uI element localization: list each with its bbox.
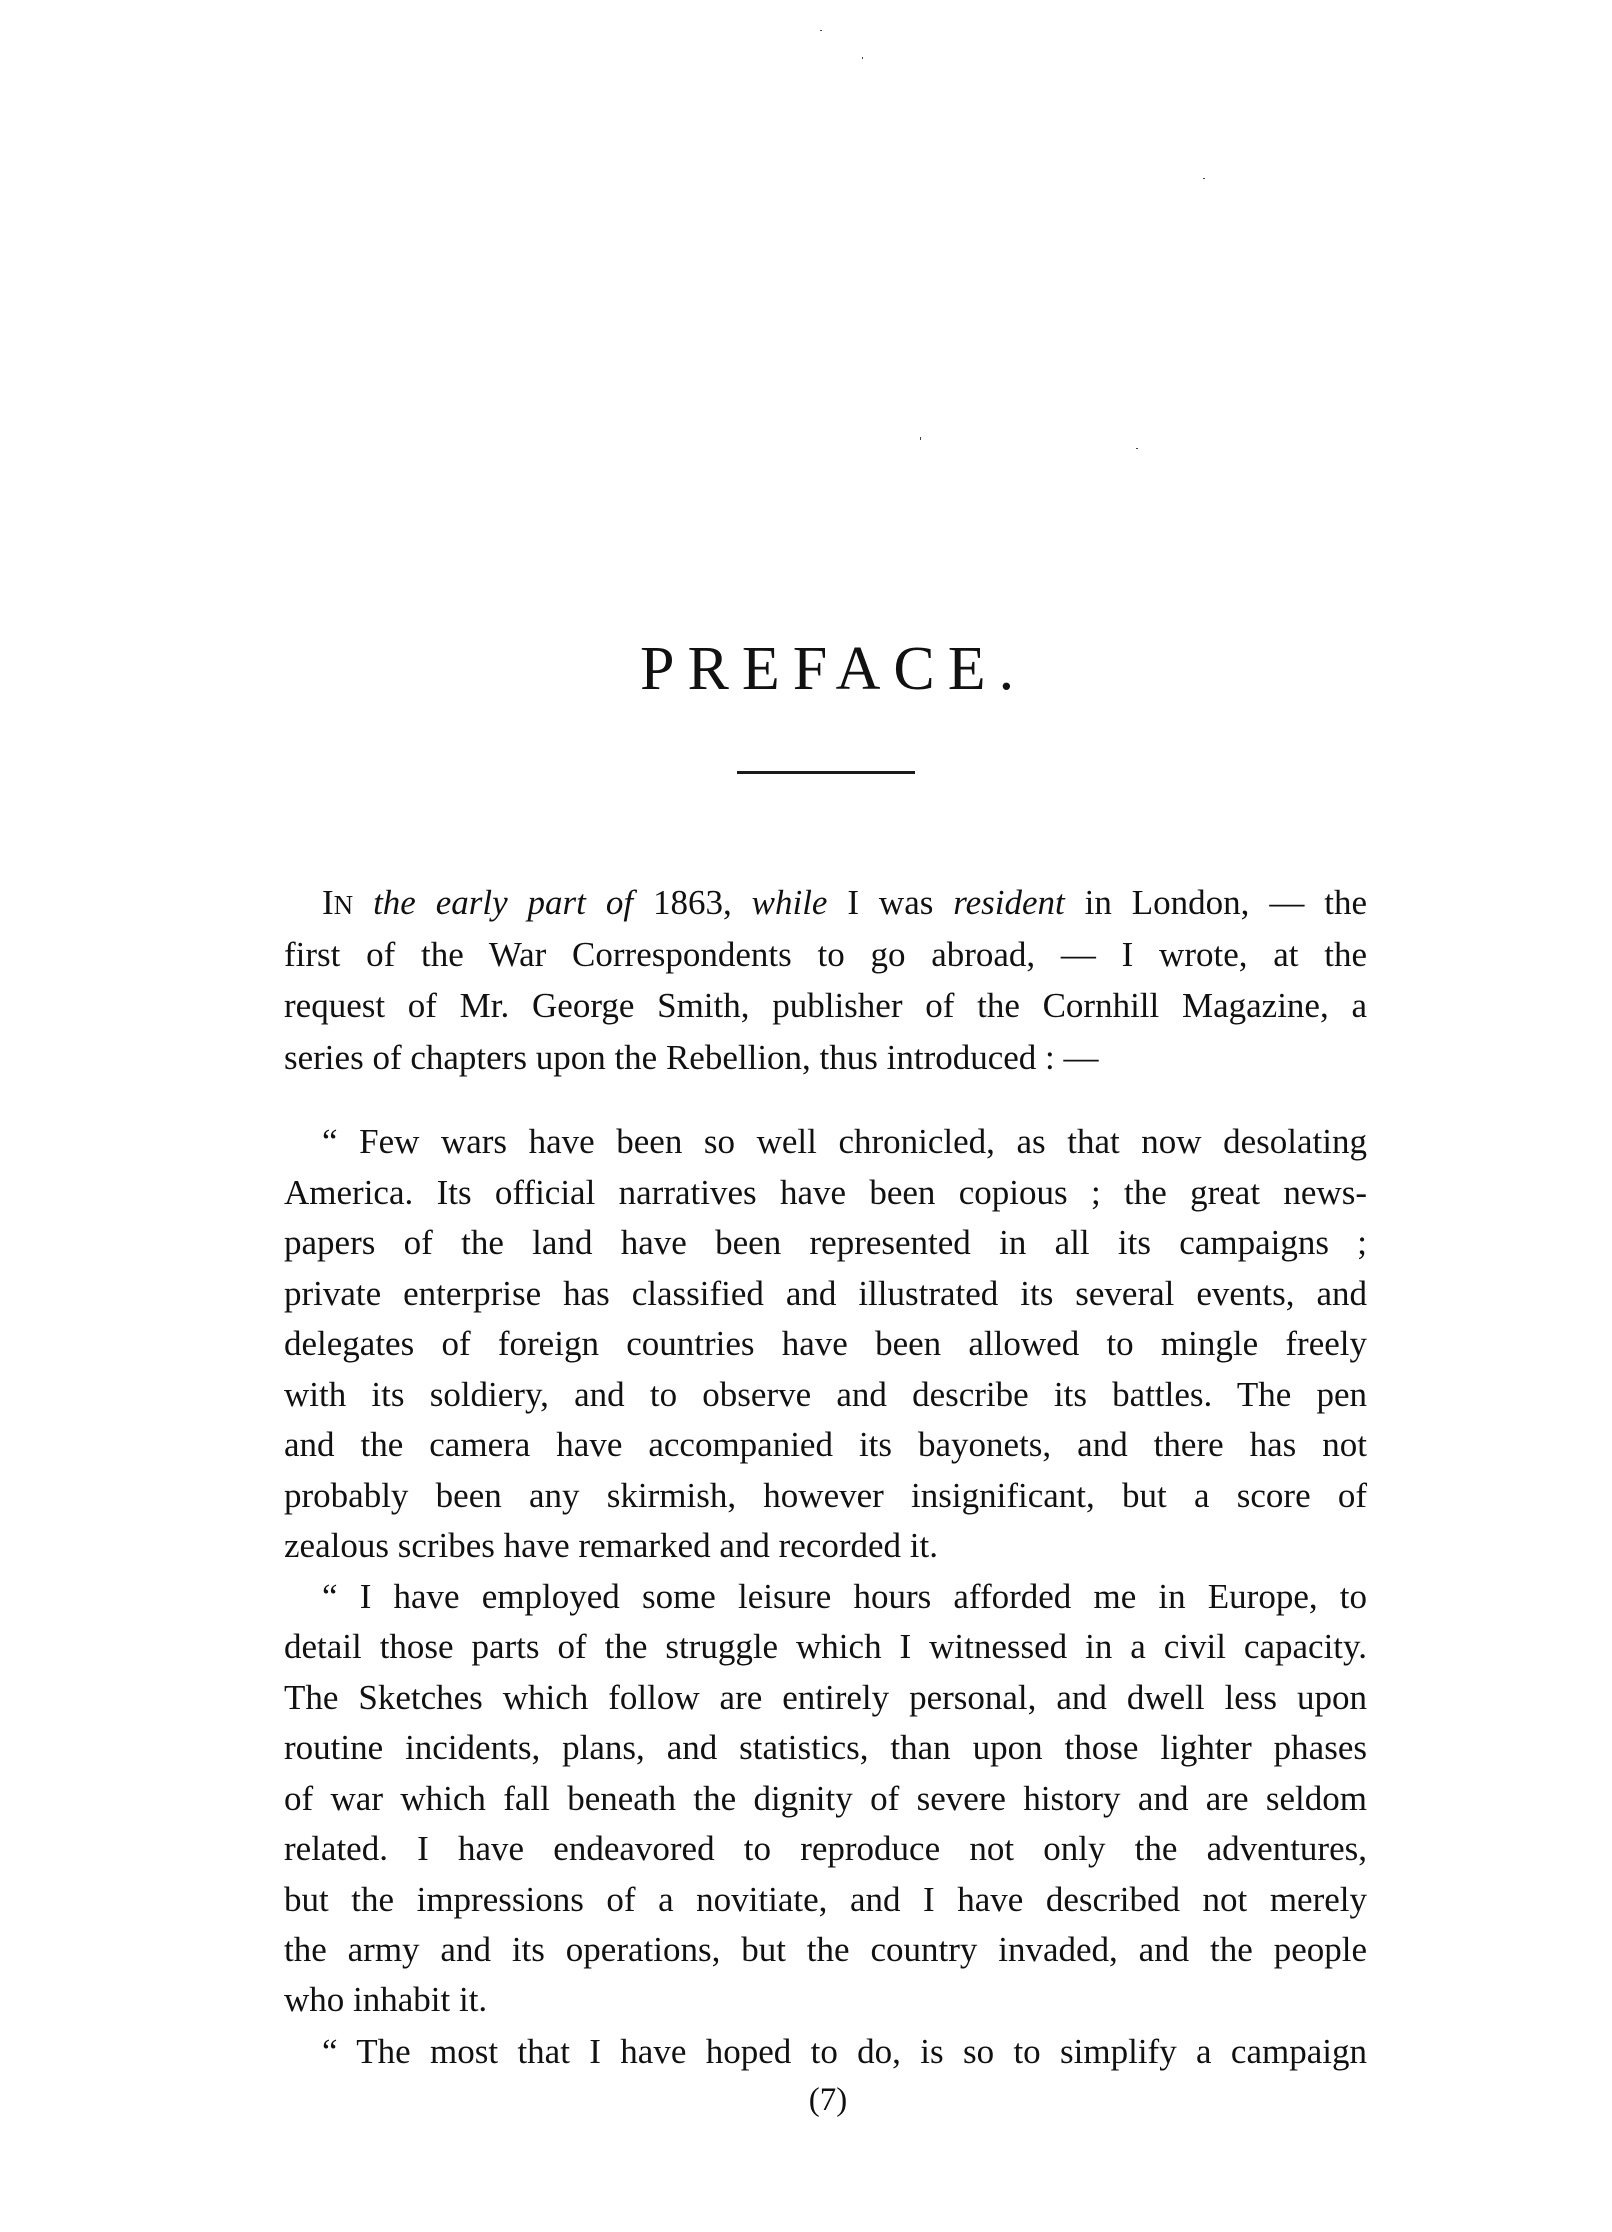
quote-line: with its soldiery, and to observe and de… bbox=[284, 1370, 1367, 1420]
quote-line: related. I have endeavored to reproduce … bbox=[284, 1824, 1367, 1874]
quote-line: papers of the land have been represented… bbox=[284, 1218, 1367, 1268]
scan-speck bbox=[1203, 178, 1205, 179]
book-page: PREFACE. IN the early part of 1863, whil… bbox=[0, 0, 1612, 2232]
quote-line: probably been any skirmish, however insi… bbox=[284, 1471, 1367, 1521]
title-divider bbox=[737, 771, 915, 774]
quote-line: and the camera have accompanied its bayo… bbox=[284, 1420, 1367, 1470]
intro-line: request of Mr. George Smith, publisher o… bbox=[284, 981, 1367, 1031]
quote-line: of war which fall beneath the dignity of… bbox=[284, 1774, 1367, 1824]
quote-line: the army and its operations, but the cou… bbox=[284, 1925, 1367, 1975]
quote-line: routine incidents, plans, and statistics… bbox=[284, 1723, 1367, 1773]
quote-line: but the impressions of a novitiate, and … bbox=[284, 1875, 1367, 1925]
scan-speck bbox=[1136, 448, 1138, 449]
scan-speck bbox=[920, 437, 921, 440]
quote-line: delegates of foreign countries have been… bbox=[284, 1319, 1367, 1369]
quote-line: detail those parts of the struggle which… bbox=[284, 1622, 1367, 1672]
quote-line: America. Its official narratives have be… bbox=[284, 1168, 1367, 1218]
quote-line: zealous scribes have remarked and record… bbox=[284, 1521, 1367, 1571]
page-title: PREFACE. bbox=[640, 638, 1010, 700]
quote-line: private enterprise has classified and il… bbox=[284, 1269, 1367, 1319]
scan-speck bbox=[820, 30, 822, 31]
quote-line: “ The most that I have hoped to do, is s… bbox=[322, 2027, 1367, 2077]
intro-line: first of the War Correspondents to go ab… bbox=[284, 930, 1367, 980]
small-caps-opening: IN bbox=[322, 883, 353, 922]
quote-line: The Sketches which follow are entirely p… bbox=[284, 1673, 1367, 1723]
quote-line: who inhabit it. bbox=[284, 1975, 1367, 2025]
page-number: (7) bbox=[788, 2080, 868, 2120]
quote-line: “ Few wars have been so well chronicled,… bbox=[322, 1117, 1367, 1167]
scan-speck bbox=[862, 57, 863, 59]
quote-line: “ I have employed some leisure hours aff… bbox=[322, 1572, 1367, 1622]
intro-line: series of chapters upon the Rebellion, t… bbox=[284, 1033, 1367, 1083]
intro-line: IN the early part of 1863, while I was r… bbox=[322, 878, 1367, 928]
